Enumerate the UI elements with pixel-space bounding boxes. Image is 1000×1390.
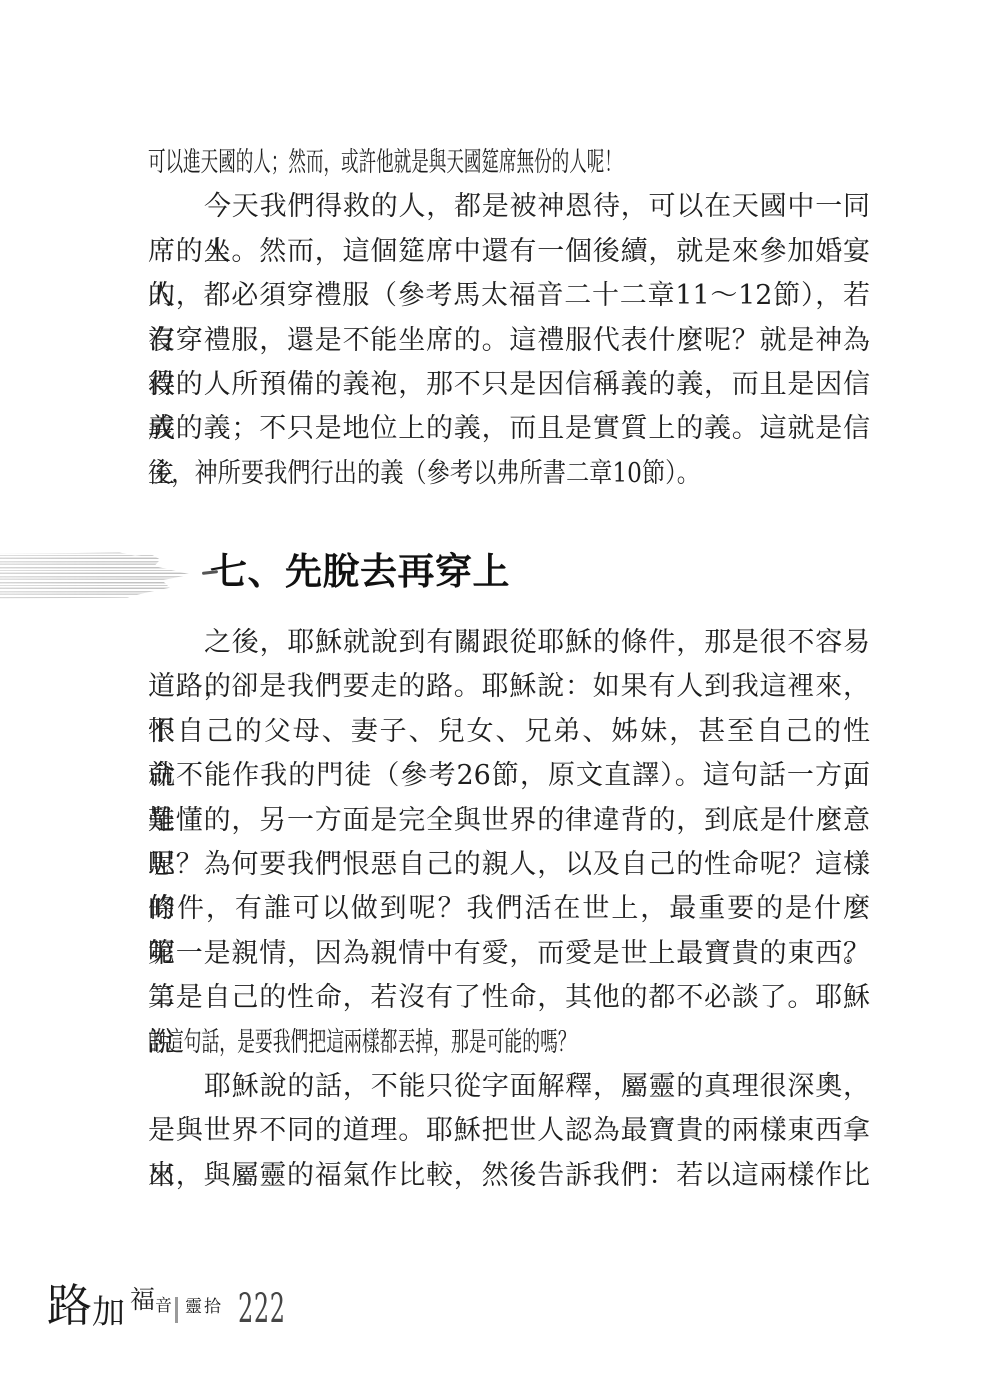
footer-divider (175, 1297, 178, 1323)
text-line: 二是自己的性命，若沒有了性命，其他的都不必談了。耶穌說 (148, 976, 870, 1020)
book-title-char-2: 加 (92, 1295, 125, 1328)
text-line: 來，與屬靈的福氣作比較，然後告訴我們：若以這兩樣作比 (148, 1154, 870, 1198)
series-label: 靈拾 (185, 1299, 223, 1316)
page-number: 222 (238, 1294, 286, 1324)
text-line: 難懂的，另一方面是完全與世界的律違背的，到底是什麼意思 (148, 799, 870, 843)
text-line: 人，都必須穿禮服（參考馬太福音二十二章11～12節），若沒 (148, 274, 870, 318)
text-line: 恨自己的父母、妻子、兒女、兄弟、姊妹，甚至自己的性命， (148, 710, 870, 754)
condensed-text: 可以進天國的人；然而，或許他就是與天國筵席無份的人呢！ (148, 141, 622, 185)
book-title-char-1: 路 (47, 1283, 92, 1328)
text-line: 救的人所預備的義袍，那不只是因信稱義的義，而且是因信成 (148, 363, 870, 407)
condensed-text: 的這句話，是要我們把這兩樣都丟掉，那是可能的嗎？ (148, 1021, 576, 1065)
book-title-char-3: 福 (130, 1287, 155, 1312)
book-title-char-4: 音 (155, 1298, 172, 1315)
text-line: 就不能作我的門徒（參考26節，原文直譯）。這句話一方面是 (148, 754, 870, 798)
text-line: 席的人。然而，這個筵席中還有一個後續，就是來參加婚宴的 (148, 230, 870, 274)
condensed-text: 後，神所要我們行出的義（參考以弗所書二章10節）。 (148, 452, 700, 496)
text-line: 道路，卻是我們要走的路。耶穌說：如果有人到我這裡來，不 (148, 665, 870, 709)
section-heading: 七、先脫去再穿上 (210, 549, 510, 593)
text-line: 的這句話，是要我們把這兩樣都丟掉，那是可能的嗎？ (148, 1021, 870, 1065)
text-line: 義的義；不只是地位上的義，而且是實質上的義。這就是信主 (148, 407, 870, 451)
text-line: 後，神所要我們行出的義（參考以弗所書二章10節）。 (148, 452, 870, 496)
text-line: 可以進天國的人；然而，或許他就是與天國筵席無份的人呢！ (148, 141, 870, 185)
book-page: 可以進天國的人；然而，或許他就是與天國筵席無份的人呢！今天我們得救的人，都是被神… (0, 0, 1000, 1390)
text-line: 耶穌說的話，不能只從字面解釋，屬靈的真理很深奧， (148, 1065, 870, 1109)
text-line: 是與世界不同的道理。耶穌把世人認為最寶貴的兩樣東西拿出 (148, 1109, 870, 1153)
brush-streaks (0, 552, 193, 599)
text-line: 今天我們得救的人，都是被神恩待，可以在天國中一同坐 (148, 185, 870, 229)
heading-brush-decoration (0, 552, 193, 599)
text-line: 第一是親情，因為親情中有愛，而愛是世上最寶貴的東西。第 (148, 932, 870, 976)
paragraph-block-top: 可以進天國的人；然而，或許他就是與天國筵席無份的人呢！今天我們得救的人，都是被神… (148, 141, 870, 496)
text-line: 有穿禮服，還是不能坐席的。這禮服代表什麼呢？就是神為得 (148, 319, 870, 363)
paragraph-block-section: 之後，耶穌就說到有關跟從耶穌的條件，那是很不容易的道路，卻是我們要走的路。耶穌說… (148, 621, 870, 1198)
text-line: 條件，有誰可以做到呢？我們活在世上，最重要的是什麼呢？ (148, 887, 870, 931)
text-line: 呢？為何要我們恨惡自己的親人，以及自己的性命呢？這樣的 (148, 843, 870, 887)
text-line: 之後，耶穌就說到有關跟從耶穌的條件，那是很不容易的 (148, 621, 870, 665)
